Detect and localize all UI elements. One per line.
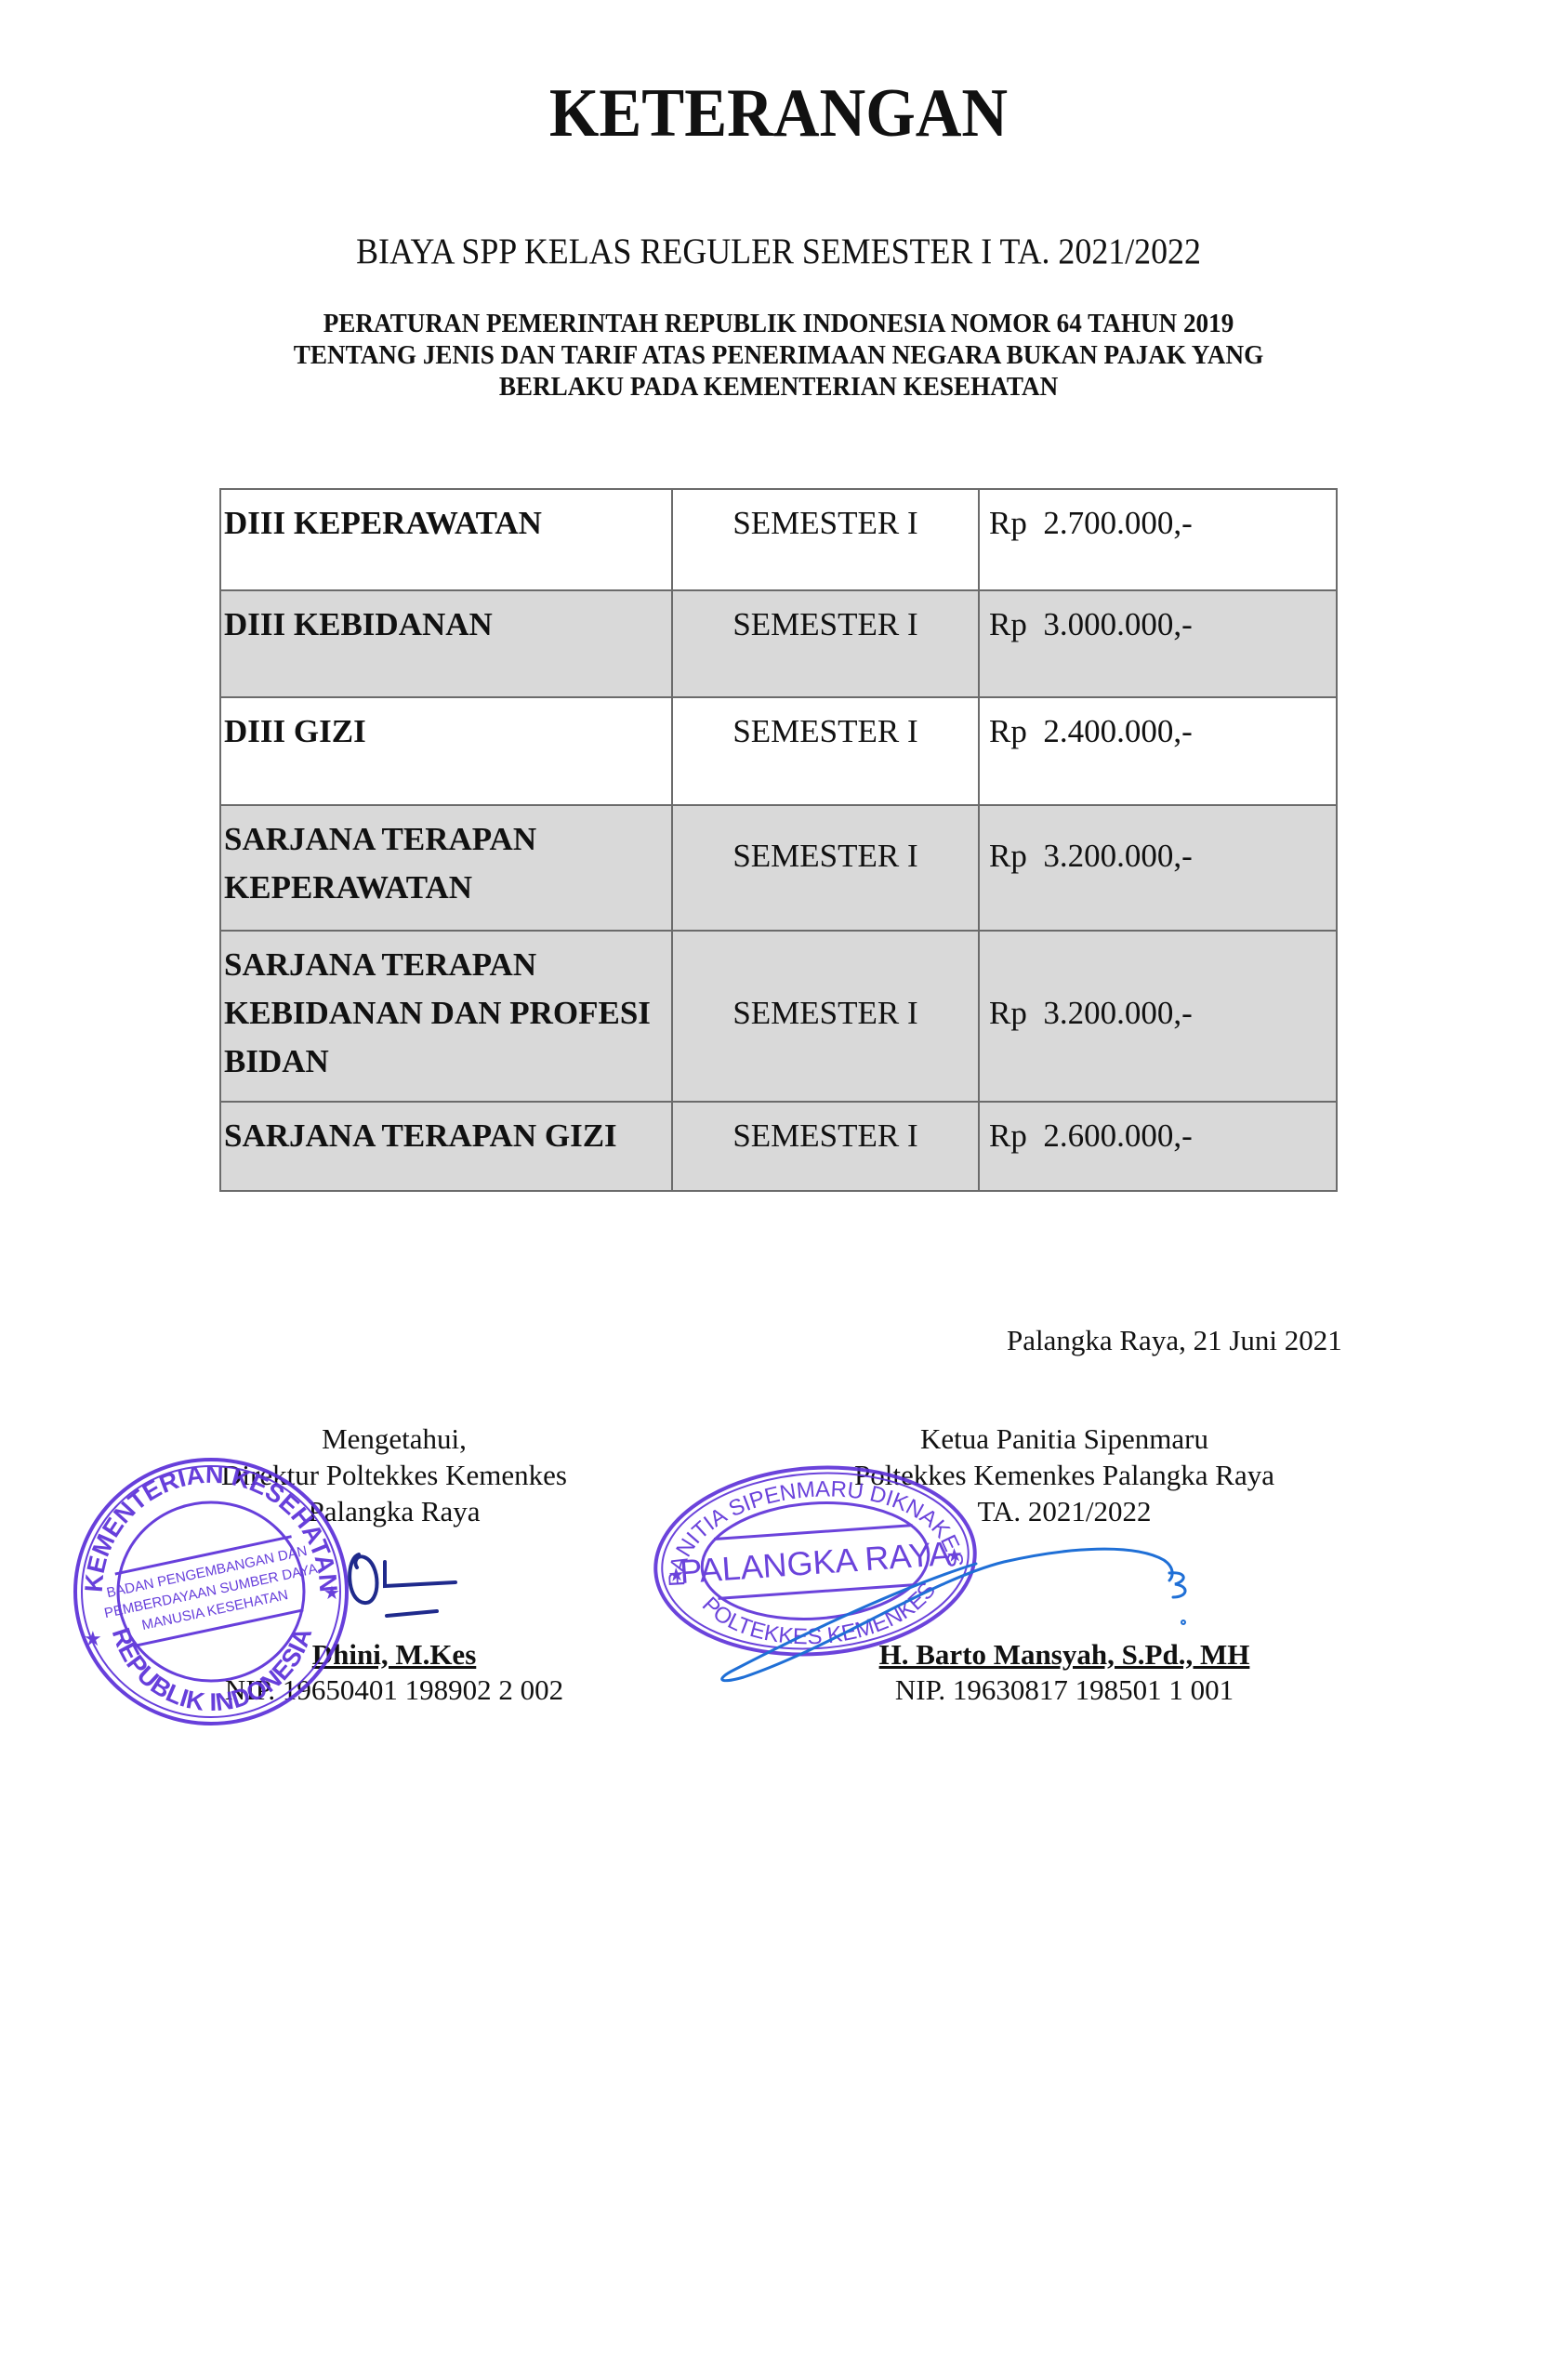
table-row: SARJANA TERAPAN GIZISEMESTER IRp 2.600.0… [220, 1102, 1337, 1191]
program-cell: DIII KEPERAWATAN [220, 489, 672, 590]
amount-cell: Rp 3.200.000,- [979, 931, 1337, 1102]
regulation-reference: PERATURAN PEMERINTAH REPUBLIK INDONESIA … [23, 309, 1534, 403]
semester-label: SEMESTER I [732, 832, 917, 880]
program-name-line: DIII KEBIDANAN [224, 601, 668, 649]
amount-value: Rp 2.700.000,- [989, 499, 1193, 548]
semester-cell: SEMESTER I [672, 805, 979, 931]
semester-cell: SEMESTER I [672, 931, 979, 1102]
semester-label: SEMESTER I [732, 989, 917, 1038]
regulation-line: BERLAKU PADA KEMENTERIAN KESEHATAN [23, 372, 1534, 403]
right-signatory-line: Poltekkes Kemenkes Palangka Raya [739, 1457, 1390, 1493]
left-signatory-name: Dhini, M.Kes [69, 1636, 719, 1673]
amount-value: Rp 3.200.000,- [989, 832, 1193, 880]
semester-cell: SEMESTER I [672, 590, 979, 697]
program-cell: SARJANA TERAPANKEBIDANAN DAN PROFESIBIDA… [220, 931, 672, 1102]
program-name-line: DIII KEPERAWATAN [224, 499, 668, 548]
svg-text:MANUSIA KESEHATAN: MANUSIA KESEHATAN [140, 1587, 289, 1633]
semester-label: SEMESTER I [732, 707, 917, 756]
program-name-line: BIDAN [224, 1038, 668, 1086]
amount-value: Rp 3.200.000,- [989, 989, 1193, 1038]
left-signatory-line: Palangka Raya [69, 1493, 719, 1529]
semester-cell: SEMESTER I [672, 1102, 979, 1191]
table-row: SARJANA TERAPANKEBIDANAN DAN PROFESIBIDA… [220, 931, 1337, 1102]
right-signatory-block: Ketua Panitia Sipenmaru Poltekkes Kemenk… [739, 1421, 1390, 1529]
right-signatory-line: TA. 2021/2022 [739, 1493, 1390, 1529]
program-cell: DIII GIZI [220, 697, 672, 805]
program-name-line: DIII GIZI [224, 707, 668, 756]
regulation-line: TENTANG JENIS DAN TARIF ATAS PENERIMAAN … [23, 340, 1534, 372]
fees-table: DIII KEPERAWATANSEMESTER IRp 2.700.000,-… [219, 488, 1338, 1192]
amount-cell: Rp 3.000.000,- [979, 590, 1337, 697]
amount-cell: Rp 2.700.000,- [979, 489, 1337, 590]
svg-text:BADAN PENGEMBANGAN DAN: BADAN PENGEMBANGAN DAN [105, 1543, 309, 1601]
amount-cell: Rp 2.400.000,- [979, 697, 1337, 805]
program-cell: DIII KEBIDANAN [220, 590, 672, 697]
svg-text:★: ★ [667, 1563, 686, 1586]
semester-label: SEMESTER I [732, 1112, 917, 1160]
amount-value: Rp 2.600.000,- [989, 1112, 1193, 1160]
amount-value: Rp 2.400.000,- [989, 707, 1193, 756]
table-row: SARJANA TERAPANKEPERAWATANSEMESTER IRp 3… [220, 805, 1337, 931]
left-signatory-nip: NIP. 19650401 198902 2 002 [69, 1672, 719, 1708]
right-signatory-name: H. Barto Mansyah, S.Pd., MH [739, 1636, 1390, 1673]
semester-label: SEMESTER I [732, 499, 917, 548]
program-cell: SARJANA TERAPANKEPERAWATAN [220, 805, 672, 931]
regulation-line: PERATURAN PEMERINTAH REPUBLIK INDONESIA … [23, 309, 1534, 340]
svg-text:★: ★ [945, 1543, 964, 1567]
amount-value: Rp 3.000.000,- [989, 601, 1193, 649]
program-cell: SARJANA TERAPAN GIZI [220, 1102, 672, 1191]
document-subtitle: BIAYA SPP KELAS REGULER SEMESTER I TA. 2… [62, 231, 1495, 273]
right-signatory-line: Ketua Panitia Sipenmaru [739, 1421, 1390, 1457]
table-row: DIII KEPERAWATANSEMESTER IRp 2.700.000,- [220, 489, 1337, 590]
semester-label: SEMESTER I [732, 601, 917, 649]
program-name-line: KEBIDANAN DAN PROFESI [224, 989, 668, 1038]
amount-cell: Rp 3.200.000,- [979, 805, 1337, 931]
document-title: KETERANGAN [55, 76, 1503, 151]
left-signatory-line: Direktur Poltekkes Kemenkes [69, 1457, 719, 1493]
svg-text:PEMBERDAYAAN SUMBER DAYA: PEMBERDAYAAN SUMBER DAYA [103, 1561, 319, 1621]
program-name-line: KEPERAWATAN [224, 864, 668, 912]
program-name-line: SARJANA TERAPAN GIZI [224, 1112, 668, 1160]
place-date: Palangka Raya, 21 Juni 2021 [1007, 1322, 1342, 1359]
left-signatory-line: Mengetahui, [69, 1421, 719, 1457]
right-signatory-nip: NIP. 19630817 198501 1 001 [739, 1672, 1390, 1708]
program-name-line: SARJANA TERAPAN [224, 815, 668, 864]
svg-text:PALANGKA RAYA: PALANGKA RAYA [679, 1534, 952, 1591]
table-row: DIII GIZISEMESTER IRp 2.400.000,- [220, 697, 1337, 805]
svg-text:★: ★ [323, 1581, 340, 1604]
table-row: DIII KEBIDANANSEMESTER IRp 3.000.000,- [220, 590, 1337, 697]
amount-cell: Rp 2.600.000,- [979, 1102, 1337, 1191]
left-signature-icon [350, 1554, 455, 1616]
left-signatory-block: Mengetahui, Direktur Poltekkes Kemenkes … [69, 1421, 719, 1529]
semester-cell: SEMESTER I [672, 697, 979, 805]
semester-cell: SEMESTER I [672, 489, 979, 590]
program-name-line: SARJANA TERAPAN [224, 941, 668, 989]
